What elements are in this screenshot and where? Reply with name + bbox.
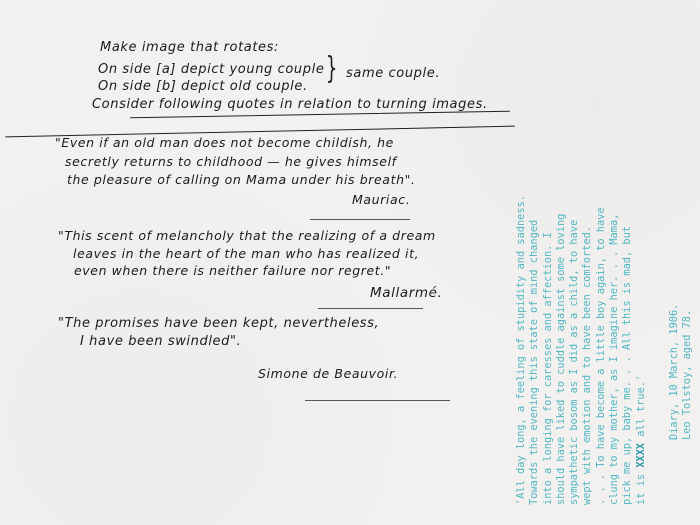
typed-author: Leo Tolstoy, aged 78.	[681, 310, 693, 440]
quote-line: "This scent of melancholy that the reali…	[58, 228, 436, 243]
typed-line: wept with emotion and to have been comfo…	[581, 226, 593, 505]
typed-line: Towards the evening this state of mind c…	[528, 220, 540, 505]
quote-line: even when there is neither failure nor r…	[74, 263, 391, 278]
note-side-b: On side [b] depict old couple.	[98, 79, 308, 94]
quote-line: leaves in the heart of the man who has r…	[73, 246, 419, 261]
quote-line: "Even if an old man does not become chil…	[55, 135, 394, 150]
divider	[318, 308, 423, 309]
typed-source: Diary, 10 March, 1906.	[668, 304, 680, 440]
quote-author: Mauriac.	[352, 192, 410, 207]
typed-line: it is XXXX all true.'	[635, 375, 647, 505]
typed-line: should have liked to cuddle against some…	[555, 214, 567, 505]
divider	[305, 400, 450, 401]
quote-line: the pleasure of calling on Mama under hi…	[67, 172, 416, 187]
typed-line: into a longing for caresses and affectio…	[542, 232, 554, 505]
typed-line: sympathetic bosom as I did as a child, t…	[568, 220, 580, 505]
typed-line: . . . To have become a little boy again,…	[595, 207, 607, 505]
quote-author: Mallarmé.	[370, 285, 442, 301]
typed-quote: 'All day long, a feeling of stupidity an…	[515, 120, 648, 505]
typed-line: clung to my mother, as I imagine her. . …	[608, 214, 620, 505]
divider	[310, 219, 410, 220]
quote-line: "The promises have been kept, neverthele…	[58, 316, 379, 331]
note-side-a: On side [a] depict young couple	[98, 62, 324, 77]
struck-word: XXXX	[635, 443, 647, 468]
typed-attribution: Diary, 10 March, 1906. Leo Tolstoy, aged…	[668, 304, 695, 440]
quote-line: secretly returns to childhood — he gives…	[65, 154, 397, 169]
curly-brace-icon: }	[326, 54, 337, 84]
quote-author: Simone de Beauvoir.	[258, 366, 398, 381]
note-consider: Consider following quotes in relation to…	[92, 97, 488, 112]
note-title: Make image that rotates:	[100, 40, 279, 55]
typed-line: pick me up, baby me. . . All this is mad…	[621, 226, 633, 505]
brace-note: same couple.	[346, 66, 440, 81]
typed-line: 'All day long, a feeling of stupidity an…	[515, 195, 527, 505]
quote-line: I have been swindled".	[80, 334, 241, 349]
